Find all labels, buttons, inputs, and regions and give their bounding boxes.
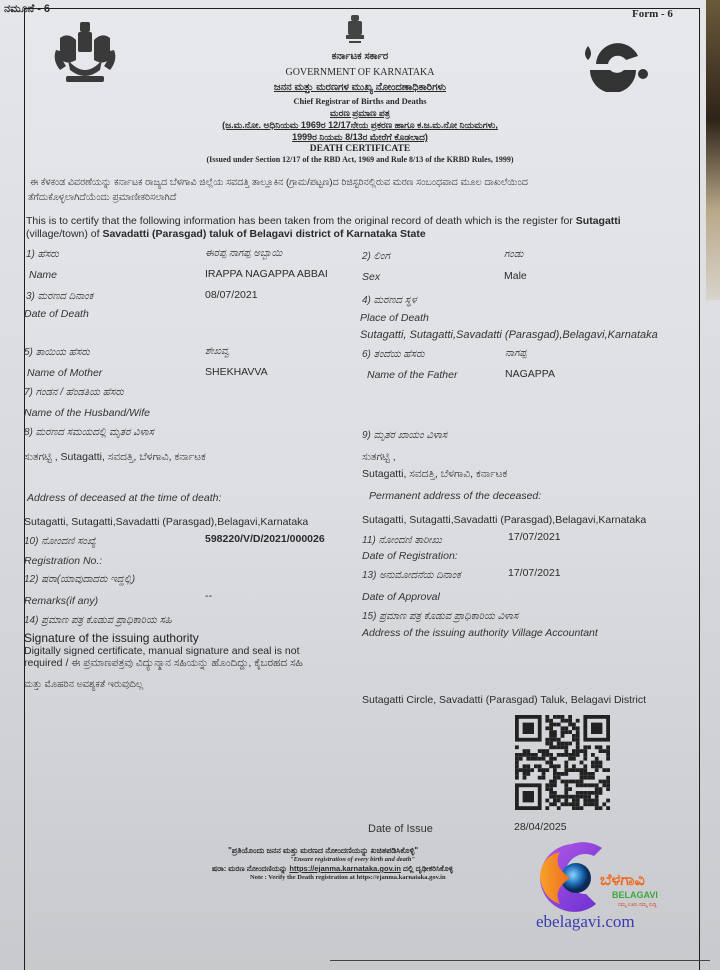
intro-en-line2: (village/town) of Savadatti (Parasgad) t… — [26, 228, 426, 240]
name-value-kn: ಈರಪ್ಪ ನಾಗಪ್ಪ ಅಬ್ಬಾಯಿ — [205, 248, 282, 259]
name-label: Name — [29, 269, 57, 281]
permanent-address-value-kn-2: Sutagatti, ಸವದತ್ತಿ, ಬೆಳಗಾವಿ, ಕರ್ನಾಟಕ — [362, 468, 507, 481]
brand-name-en: BELAGAVI — [612, 890, 658, 900]
paper-bottom-edge — [330, 960, 710, 961]
mother-label-kn: 5) ತಾಯಿಯ ಹೆಸರು — [24, 347, 90, 358]
date-of-death-value: 08/07/2021 — [205, 289, 258, 301]
date-of-issue-label: Date of Issue — [368, 823, 433, 835]
place-of-death-label-kn: 4) ಮರಣದ ಸ್ಥಳ — [362, 295, 417, 306]
verify-note-kn-suffix: ದಲ್ಲಿ ದೃಢೀಕರಿಸಿಕೊಳ್ಳಿ — [401, 864, 453, 873]
father-label: Name of the Father — [367, 369, 457, 381]
form-number-kn: ನಮೂನೆ - 6 — [4, 3, 50, 16]
act-reference-kn-2: 1999ರ ನಿಯಮ 8/13ರ ಮೇರೆಗೆ ಕೊಡಲಾದ) — [0, 132, 720, 143]
issuing-address-label: Address of the issuing authority Village… — [362, 627, 598, 639]
date-of-death-label: Date of Death — [24, 308, 89, 320]
cert-title-kn: ಮರಣ ಪ್ರಮಾಣ ಪತ್ರ — [0, 108, 720, 119]
issuing-address-label-kn: 15) ಪ್ರಮಾಣ ಪತ್ರ ಕೊಡುವ ಪ್ರಾಧಿಕಾರಿಯ ವಿಳಾಸ — [362, 611, 518, 622]
intro-kn-line2: ತೆಗೆದುಕೊಳ್ಳಲಾಗಿದೆಯೆಂದು ಪ್ರಮಾಣೀಕರಿಸಲಾಗಿದೆ — [28, 192, 176, 203]
signature-note-3: ಮತ್ತು ಮೊಹರಿನ ಅವಶ್ಯಕತೆ ಇರುವುದಿಲ್ಲ — [24, 679, 143, 690]
mother-label: Name of Mother — [27, 367, 102, 379]
spouse-label: Name of the Husband/Wife — [24, 407, 150, 419]
father-label-kn: 6) ತಂದೆಯ ಹೆಸರು — [362, 349, 425, 360]
place-of-death-value: Sutagatti, Sutagatti,Savadatti (Parasgad… — [360, 329, 658, 341]
date-of-issue-value: 28/04/2025 — [514, 821, 567, 833]
intro-en-line1: This is to certify that the following in… — [26, 215, 621, 227]
issuing-address-value: Sutagatti Circle, Savadatti (Parasgad) T… — [362, 694, 646, 706]
intro-village: Sutagatti — [576, 215, 621, 227]
date-of-approval-value: 17/07/2021 — [508, 567, 561, 579]
verify-note-kn: ಷರಾ: ಮರಣ ನೋಂದಣಿಯನ್ನು https://ejanma.karn… — [212, 864, 453, 874]
ebelagavi-logo-icon — [536, 840, 608, 915]
verify-url-link[interactable]: https://ejanma.karnataka.gov.in — [289, 864, 401, 873]
issued-under-text: (Issued under Section 12/17 of the RBD A… — [0, 155, 720, 164]
national-emblem-icon — [344, 14, 366, 48]
sex-value: Male — [504, 270, 527, 282]
mother-value-kn: ಶೇಖವ್ವ — [205, 346, 229, 357]
permanent-address-value-kn-1: ಸುತಗಟ್ಟಿ , — [362, 451, 396, 464]
gov-title-kn: ಕರ್ನಾಟಕ ಸರ್ಕಾರ — [0, 51, 720, 62]
date-of-registration-value: 17/07/2021 — [508, 531, 561, 543]
registrar-title-en: Chief Registrar of Births and Deaths — [0, 96, 720, 106]
date-of-registration-label-kn: 11) ನೋಂದಣಿ ತಾರೀಖು — [362, 535, 442, 546]
permanent-address-label: Permanent address of the deceased: — [369, 490, 541, 502]
intro-en-text-2: (village/town) of — [26, 228, 102, 240]
address-at-death-label: Address of deceased at the time of death… — [27, 492, 221, 504]
date-of-approval-label: Date of Approval — [362, 591, 440, 603]
date-of-approval-label-kn: 13) ಅನುಮೋದನೆಯ ದಿನಾಂಕ — [362, 570, 461, 581]
slogan-kn: "ಪ್ರತಿಯೊಂದು ಜನನ ಮತ್ತು ಮರಣದ ನೋಂದಣಿಯನ್ನು ಖ… — [228, 846, 418, 856]
act-reference-kn-1: (ಜ.ಮ.ನೋ. ಅಧಿನಿಯಮ 1969ರ 12/17ನೇಯ ಪ್ರಕರಣ ಹ… — [0, 120, 720, 131]
signature-note-2: required / ಈ ಪ್ರಮಾಣಪತ್ರವು ವಿದ್ಯುನ್ಮಾನ ಸಹ… — [24, 657, 303, 670]
verify-note-en: Note : Verify the Death registration at … — [250, 874, 446, 881]
signature-label-kn: 14) ಪ್ರಮಾಣ ಪತ್ರ ಕೊಡುವ ಪ್ರಾಧಿಕಾರಿಯ ಸಹಿ — [24, 615, 172, 626]
date-of-death-label-kn: 3) ಮರಣದ ದಿನಾಂಕ — [26, 291, 93, 302]
intro-jurisdiction: Savadatti (Parasgad) taluk of Belagavi d… — [102, 228, 425, 240]
registration-no-label: Registration No.: — [24, 555, 102, 567]
remarks-value: -- — [205, 590, 212, 602]
remarks-label-kn: 12) ಷರಾ(ಯಾವುದಾದರು ಇದ್ದಲ್ಲಿ) — [24, 574, 135, 585]
name-label-kn: 1) ಹೆಸರು — [26, 249, 59, 260]
registrar-title-kn: ಜನನ ಮತ್ತು ಮರಣಗಳ ಮುಖ್ಯ ನೋಂದಣಾಧಿಕಾರಿಗಳು — [0, 82, 720, 93]
verify-note-kn-text: ಷರಾ: ಮರಣ ನೋಂದಣಿಯನ್ನು — [212, 864, 289, 873]
permanent-address-label-kn: 9) ಮೃತರ ಖಾಯಂ ವಿಳಾಸ — [362, 430, 447, 441]
name-value: IRAPPA NAGAPPA ABBAI — [205, 268, 328, 280]
registration-no-value: 598220/V/D/2021/000026 — [205, 533, 325, 545]
qr-code[interactable] — [515, 715, 610, 810]
gov-title-en: GOVERNMENT OF KARNATAKA — [0, 67, 720, 78]
brand-site[interactable]: ebelagavi.com — [536, 912, 635, 932]
slogan-en: "Ensure registration of every birth and … — [290, 856, 415, 863]
address-at-death-label-kn: 8) ಮರಣದ ಸಮಯದಲ್ಲಿ ಮೃತರ ವಿಳಾಸ — [24, 427, 154, 438]
father-value-kn: ನಾಗಪ್ಪ — [505, 348, 527, 359]
mother-value: SHEKHAVVA — [205, 366, 268, 378]
sex-label-kn: 2) ಲಿಂಗ — [362, 251, 390, 262]
permanent-address-value: Sutagatti, Sutagatti,Savadatti (Parasgad… — [362, 514, 646, 526]
remarks-label: Remarks(if any) — [24, 595, 98, 607]
address-at-death-value-kn: ಸುತಗಟ್ಟಿ , Sutagatti, ಸವದತ್ತಿ, ಬೆಳಗಾವಿ, … — [24, 451, 206, 464]
spouse-label-kn: 7) ಗಂಡನ / ಹೆಂಡತಿಯ ಹೆಸರು — [24, 387, 124, 398]
registration-no-label-kn: 10) ನೋಂದಣಿ ಸಂಖ್ಯೆ — [24, 536, 96, 547]
intro-en-text: This is to certify that the following in… — [26, 215, 576, 227]
intro-kn-line1: ಈ ಕೆಳಕಂಡ ವಿವರಣೆಯನ್ನು ಕರ್ನಾಟಕ ರಾಜ್ಯದ ಬೆಳಗ… — [30, 177, 528, 188]
address-at-death-value: Sutagatti, Sutagatti,Savadatti (Parasgad… — [24, 516, 308, 528]
brand-name-kn: ಬೆಳಗಾವಿ — [600, 872, 645, 890]
sex-label: Sex — [362, 271, 380, 283]
place-of-death-label: Place of Death — [360, 312, 429, 324]
signature-label: Signature of the issuing authority — [24, 631, 199, 645]
signature-note-1: Digitally signed certificate, manual sig… — [24, 645, 299, 657]
brand-tagline: ನಮ್ಮ ಊರು ನಮ್ಮ ಸುದ್ದಿ — [618, 902, 657, 908]
form-number-en: Form - 6 — [632, 8, 673, 20]
father-value: NAGAPPA — [505, 368, 555, 380]
date-of-registration-label: Date of Registration: — [362, 550, 458, 562]
cert-title-en: DEATH CERTIFICATE — [0, 144, 720, 154]
sex-value-kn: ಗಂಡು — [504, 249, 523, 260]
